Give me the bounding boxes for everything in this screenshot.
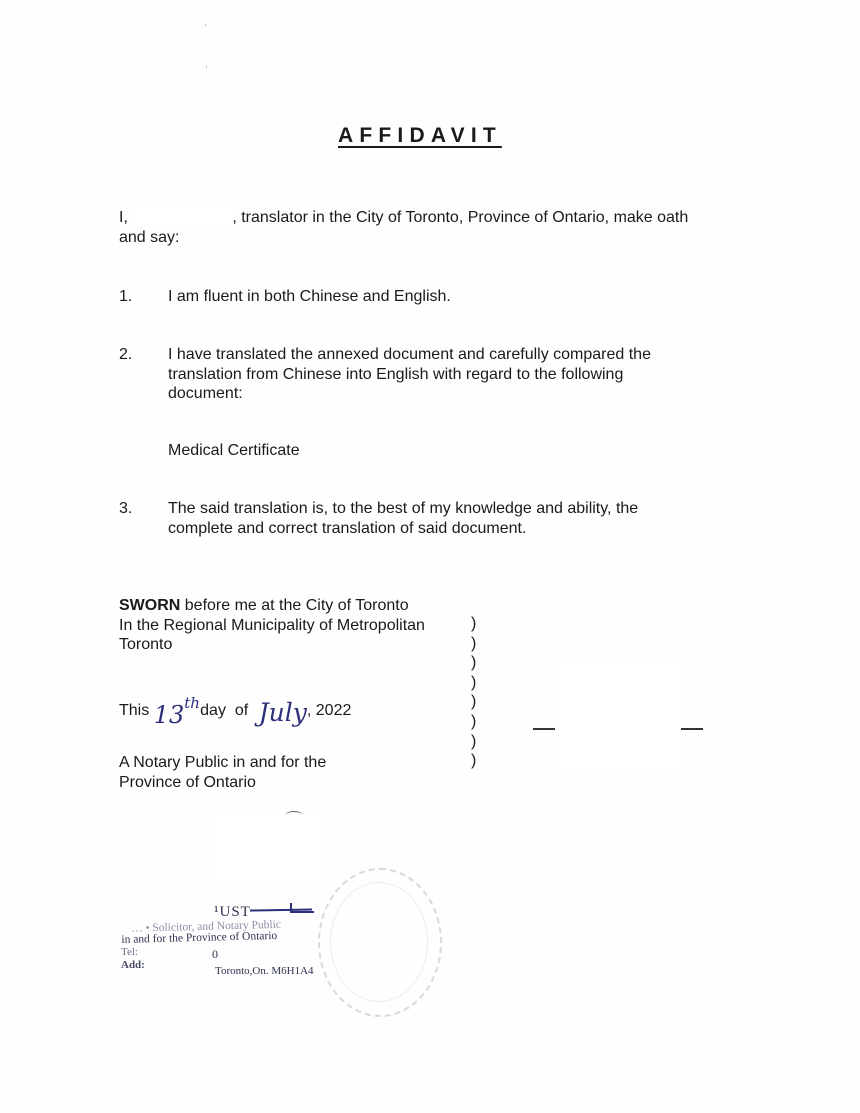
clause-line: I have translated the annexed document a… — [168, 345, 728, 365]
clause-2-text: I have translated the annexed document a… — [168, 345, 728, 404]
redacted-deponent-signature — [555, 660, 681, 772]
stamp-name-partial: ¹UST — [214, 904, 251, 921]
date-day-of-label: day of — [200, 702, 248, 719]
clause-line: translation from Chinese into English wi… — [168, 365, 728, 385]
bracket: ) — [471, 712, 476, 732]
clause-3-text: The said translation is, to the best of … — [168, 499, 728, 538]
intro-prefix: I, — [119, 209, 132, 226]
signature-line-left — [533, 728, 555, 730]
bracket: ) — [471, 653, 476, 673]
clause-line: I am fluent in both Chinese and English. — [168, 287, 728, 307]
clause-1-text: I am fluent in both Chinese and English. — [168, 287, 728, 307]
date-year: , 2022 — [307, 702, 351, 719]
clause-number: 1. — [119, 287, 132, 307]
redacted-translator-name — [132, 208, 232, 224]
jurat-line: In the Regional Municipality of Metropol… — [119, 616, 479, 636]
handwritten-month: July — [259, 703, 307, 723]
notary-designation: A Notary Public in and for the Province … — [119, 753, 326, 792]
scan-speck — [205, 24, 206, 26]
jurat-line: before me at the City of Toronto — [180, 597, 408, 614]
parentheses-column: ) ) ) ) ) ) ) ) — [471, 614, 476, 771]
notary-line: A Notary Public in and for the — [119, 753, 326, 773]
clause-number: 2. — [119, 345, 132, 365]
handwritten-day: 13th — [154, 700, 196, 726]
handwritten-day-number: 13 — [154, 701, 185, 729]
stamp-address: Toronto,On. M6H1A4 — [215, 965, 314, 977]
notary-signature-flourish — [290, 903, 314, 913]
clause-line: complete and correct translation of said… — [168, 519, 728, 539]
intro-line1: , translator in the City of Toronto, Pro… — [232, 209, 688, 226]
bracket: ) — [471, 692, 476, 712]
jurat-block: SWORN before me at the City of Toronto I… — [119, 596, 479, 655]
clause-line: document: — [168, 384, 728, 404]
bracket: ) — [471, 732, 476, 752]
signature-line-right — [681, 728, 703, 730]
jurat-line: Toronto — [119, 635, 479, 655]
clause-number: 3. — [119, 499, 132, 519]
redacted-notary-signature — [210, 815, 320, 883]
clause-line: The said translation is, to the best of … — [168, 499, 728, 519]
bracket: ) — [471, 751, 476, 771]
intro-paragraph: I, , translator in the City of Toronto, … — [119, 208, 739, 247]
stamp-add-label: Add: — [121, 959, 145, 971]
notary-line: Province of Ontario — [119, 773, 326, 793]
handwritten-day-suffix: th — [184, 694, 200, 712]
stamp-tel-visible: 0 — [212, 947, 218, 962]
jurat-date-line: This 13th day of July, 2022 — [119, 692, 351, 721]
document-title: AFFIDAVIT — [338, 124, 502, 148]
stamp-tel-label: Tel: — [121, 946, 138, 958]
bracket: ) — [471, 673, 476, 693]
bracket: ) — [471, 634, 476, 654]
stamp-line-jurisdiction: in and for the Province of Ontario — [121, 931, 281, 946]
sworn-label: SWORN — [119, 597, 180, 614]
intro-line2: and say: — [119, 228, 739, 248]
stamp-text-block: … • Solicitor, and Notary Public in and … — [121, 920, 281, 946]
bracket: ) — [471, 614, 476, 634]
scan-speck — [206, 66, 207, 68]
embossed-seal-inner-ring — [330, 882, 428, 1002]
date-this-label: This — [119, 702, 149, 719]
document-name: Medical Certificate — [168, 441, 728, 461]
